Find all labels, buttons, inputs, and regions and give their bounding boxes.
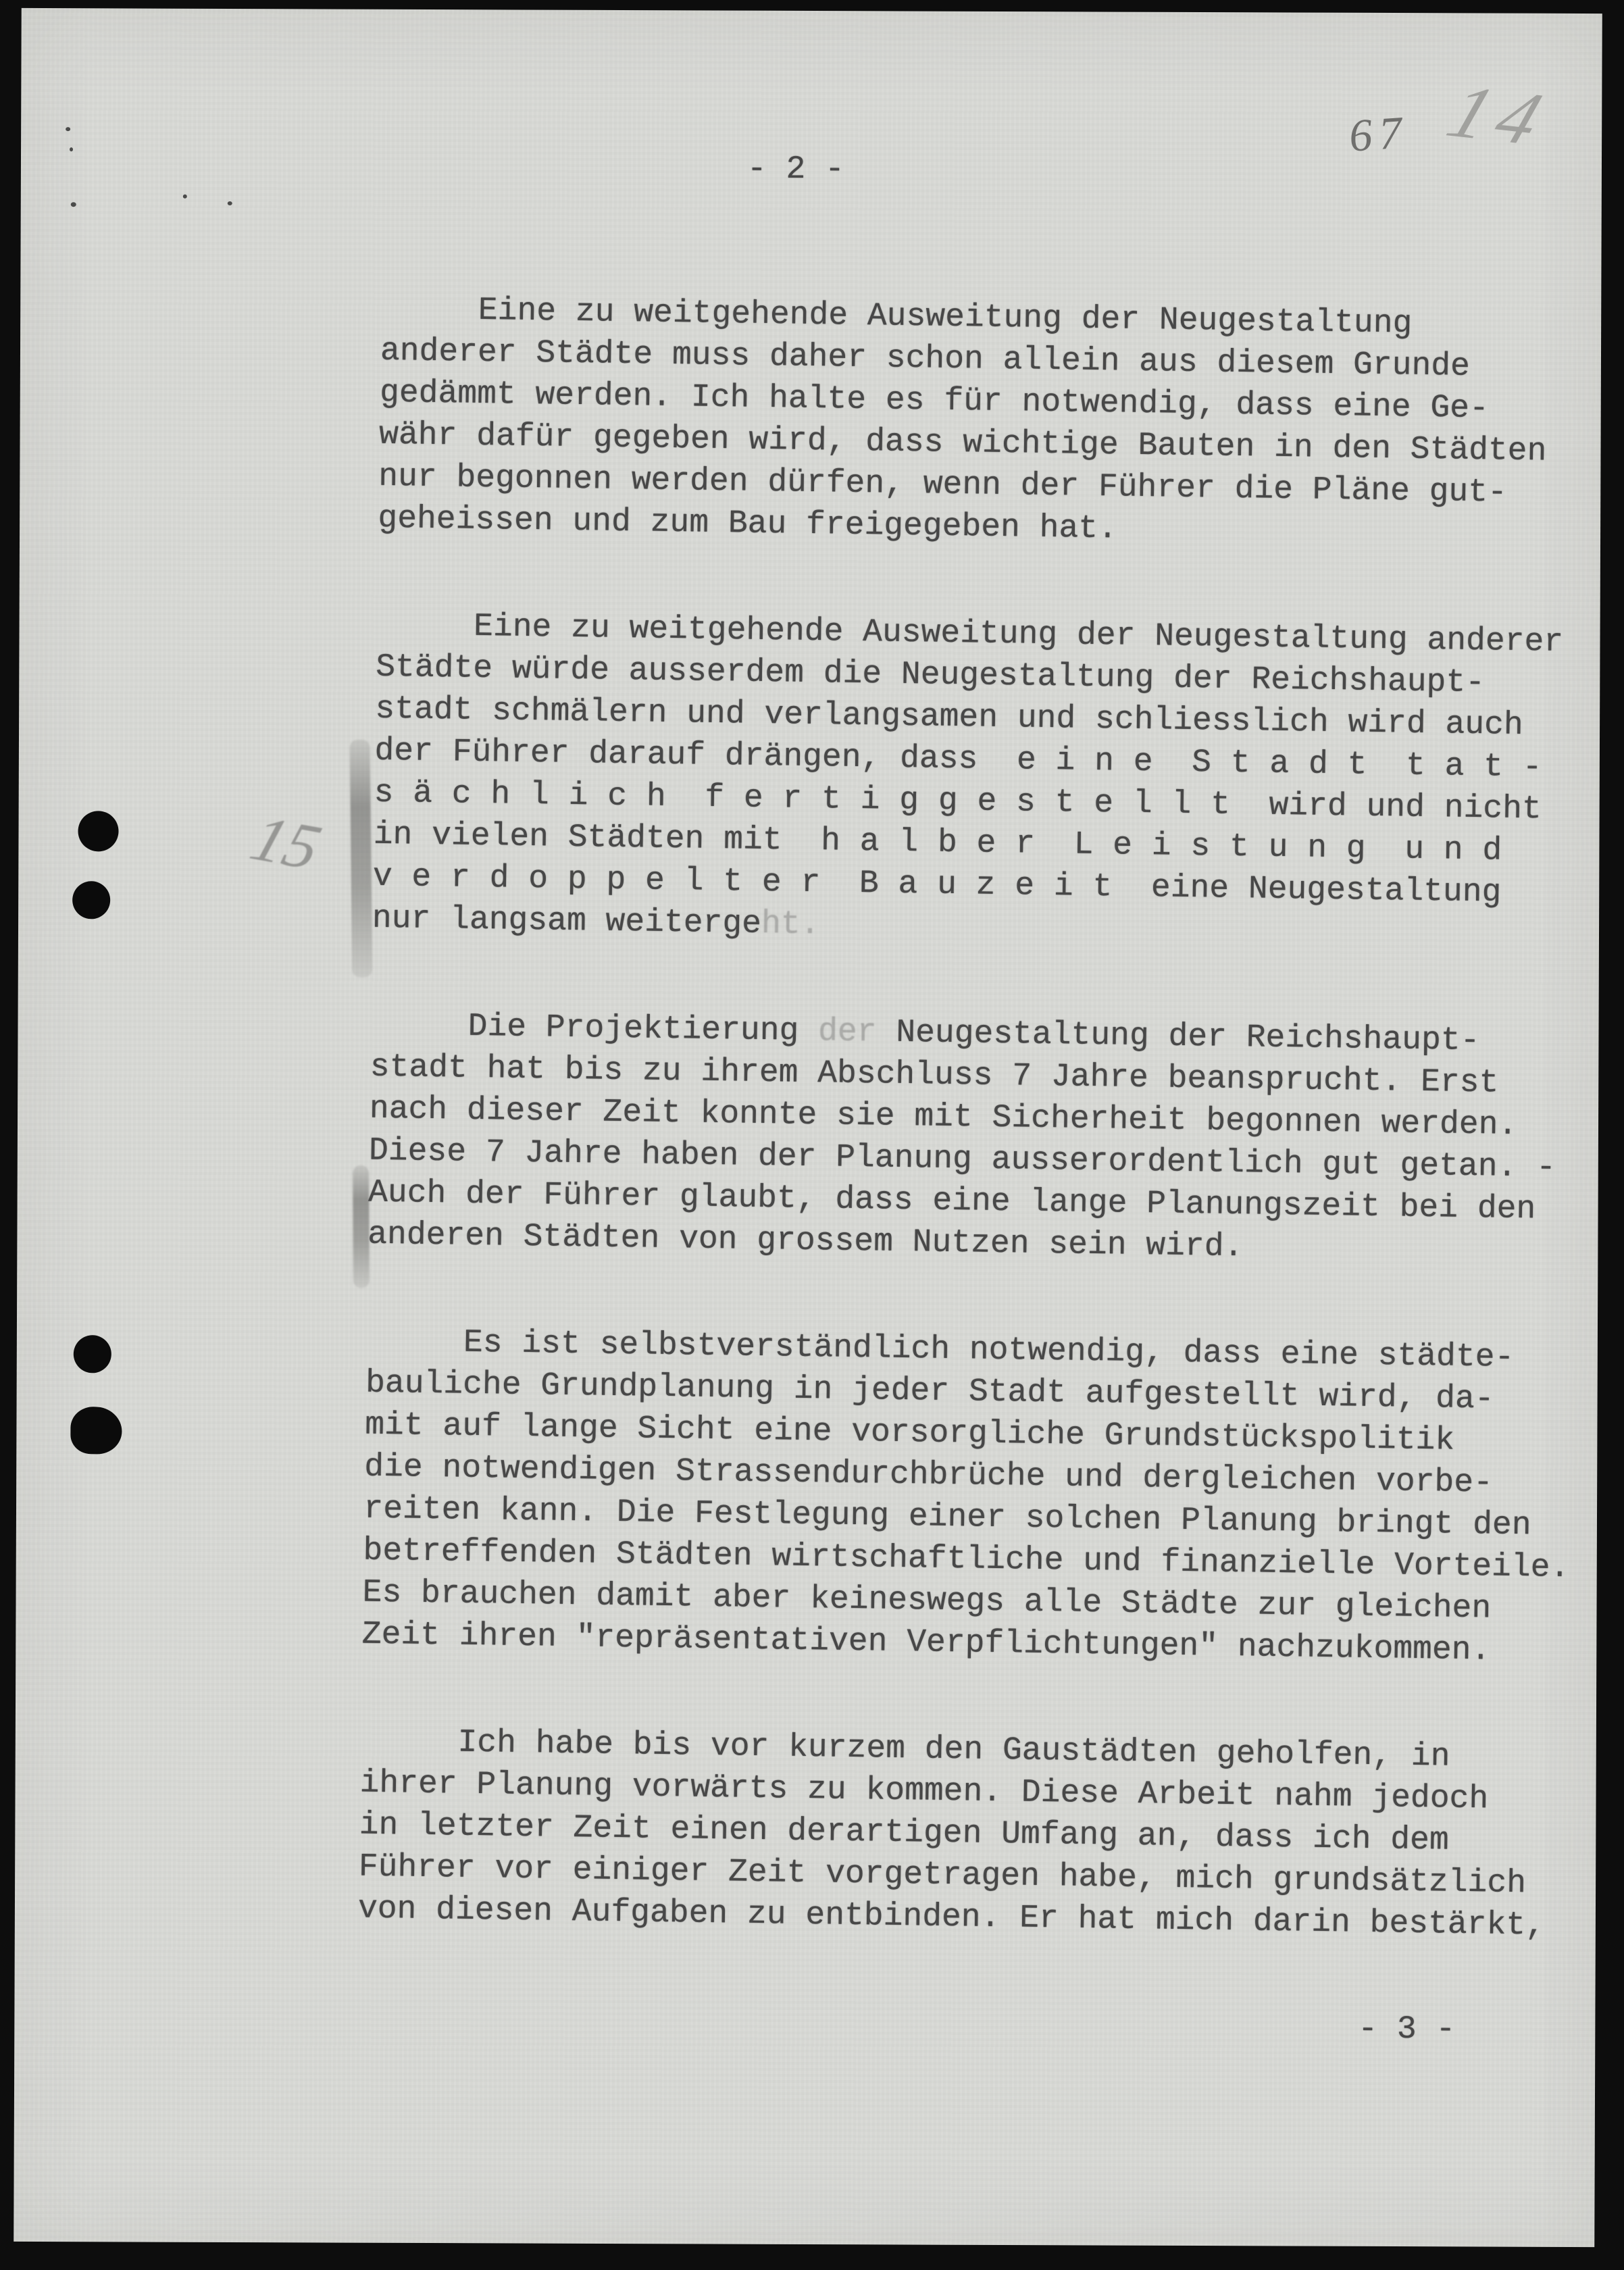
margin-pencil-note: 15 <box>243 801 330 884</box>
hole-punch-dot <box>74 1335 111 1373</box>
handwritten-pencil-number: 14 <box>1437 69 1562 163</box>
typed-segment: Neugestaltung der Reichshaupt- <box>876 1014 1480 1059</box>
next-page-number: - 3 - <box>1358 2011 1455 2048</box>
paragraph: Es ist selbstverständlich notwendig, das… <box>361 1321 1609 1673</box>
typed-segment: nur langsam weiterge <box>372 901 762 942</box>
paper-speck <box>70 147 73 151</box>
typed-text-block: Eine zu weitgehende Ausweitung der Neuge… <box>357 288 1624 2013</box>
paper-speck <box>71 202 76 207</box>
paper-speck <box>183 195 187 199</box>
paper-speck <box>228 201 232 205</box>
paragraph: Eine zu weitgehende Ausweitung der Neuge… <box>372 605 1620 957</box>
paragraph: Die Projektierung der Neugestaltung der … <box>367 1005 1614 1273</box>
typed-segment: Die Projektierung <box>467 1009 818 1050</box>
pencil-margin-line <box>350 740 373 978</box>
handwritten-ink-number: 67 <box>1348 105 1411 163</box>
hole-punch-dot <box>72 881 110 919</box>
scan-background: { "colors": { "frame": "#0d0d0d", "paper… <box>0 0 1624 2270</box>
document-page: - 2 - 67 14 15 Eine zu weitgehende Auswe… <box>14 8 1602 2247</box>
paragraph: Ich habe bis vor kurzem den Gaustädten g… <box>358 1721 1604 1948</box>
page-number: - 2 - <box>747 151 844 188</box>
paragraph: Eine zu weitgehende Ausweitung der Neuge… <box>378 288 1624 557</box>
hole-punch-dot <box>70 1407 122 1454</box>
paper-speck <box>66 127 70 131</box>
typed-segment: der <box>818 1013 877 1051</box>
typed-segment: ht. <box>761 906 820 943</box>
hole-punch-dot <box>78 811 118 851</box>
